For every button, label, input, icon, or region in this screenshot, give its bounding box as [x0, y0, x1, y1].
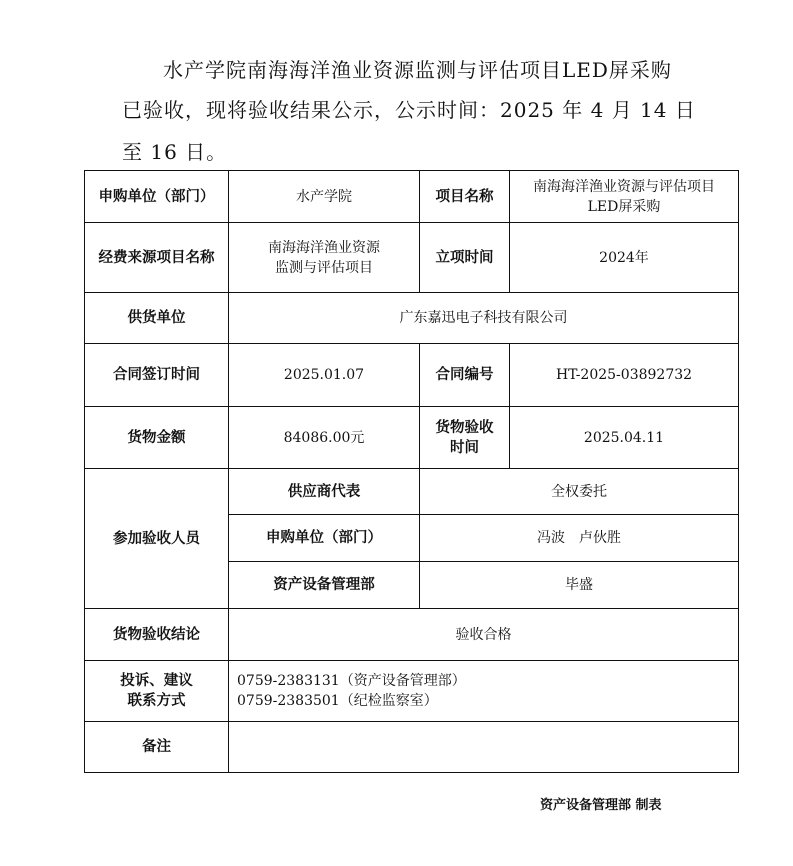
approval-time-label: 立项时间: [419, 222, 510, 293]
notice-line-2: 已验收，现将验收结果公示，公示时间：2025 年 4 月 14 日: [122, 94, 793, 123]
notice-line-3: 至 16 日。: [122, 136, 793, 165]
participants-label: 参加验收人员: [84, 468, 229, 609]
participant-role: 供应商代表: [228, 468, 420, 515]
acceptance-time-label-line-2: 时间: [450, 438, 479, 458]
participant-names: 毕盛: [419, 561, 739, 609]
contact-label: 投诉、建议 联系方式: [84, 660, 229, 722]
approval-time-value: 2024年: [509, 222, 739, 293]
supplier-label: 供货单位: [84, 292, 229, 344]
acceptance-time-label: 货物验收 时间: [419, 406, 510, 469]
funding-source-line-2: 监测与评估项目: [275, 258, 373, 278]
contact-label-line-2: 联系方式: [128, 691, 186, 711]
project-name-line-1: 南海海洋渔业资源与评估项目: [533, 177, 715, 197]
contract-no-value: HT-2025-03892732: [509, 343, 739, 407]
funding-source-value: 南海海洋渔业资源 监测与评估项目: [228, 222, 420, 293]
contact-label-line-1: 投诉、建议: [120, 671, 193, 691]
funding-source-label: 经费来源项目名称: [84, 222, 229, 293]
contract-date-label: 合同签订时间: [84, 343, 229, 407]
participant-role: 申购单位（部门）: [228, 514, 420, 562]
acceptance-time-value: 2025.04.11: [509, 406, 739, 469]
remarks-value: [228, 721, 739, 773]
goods-amount-label: 货物金额: [84, 406, 229, 469]
project-name-line-2: LED屏采购: [588, 197, 661, 217]
funding-source-line-1: 南海海洋渔业资源: [268, 238, 380, 258]
purchasing-unit-label: 申购单位（部门）: [84, 170, 229, 223]
acceptance-time-label-line-1: 货物验收: [436, 418, 494, 438]
participant-names: 冯波 卢伙胜: [419, 514, 739, 562]
participant-role: 资产设备管理部: [228, 561, 420, 609]
project-name-label: 项目名称: [419, 170, 510, 223]
footer-prepared-by: 资产设备管理部 制表: [540, 794, 662, 813]
purchasing-unit-value: 水产学院: [228, 170, 420, 223]
acceptance-table: 申购单位（部门） 水产学院 项目名称 南海海洋渔业资源与评估项目 LED屏采购 …: [84, 170, 739, 773]
supplier-value: 广东嘉迅电子科技有限公司: [228, 292, 739, 344]
contract-no-label: 合同编号: [419, 343, 510, 407]
contact-line-discipline: 0759-2383501（纪检监察室）: [237, 691, 438, 711]
participant-names: 全权委托: [419, 468, 739, 515]
conclusion-label: 货物验收结论: [84, 608, 229, 661]
contract-date-value: 2025.01.07: [228, 343, 420, 407]
notice-line-1: 水产学院南海海洋渔业资源监测与评估项目LED屏采购: [163, 54, 793, 83]
remarks-label: 备注: [84, 721, 229, 773]
contact-value: 0759-2383131（资产设备管理部） 0759-2383501（纪检监察室…: [228, 660, 739, 722]
contact-line-asset-dept: 0759-2383131（资产设备管理部）: [237, 671, 466, 691]
conclusion-value: 验收合格: [228, 608, 739, 661]
goods-amount-value: 84086.00元: [228, 406, 420, 469]
project-name-value: 南海海洋渔业资源与评估项目 LED屏采购: [509, 170, 739, 223]
